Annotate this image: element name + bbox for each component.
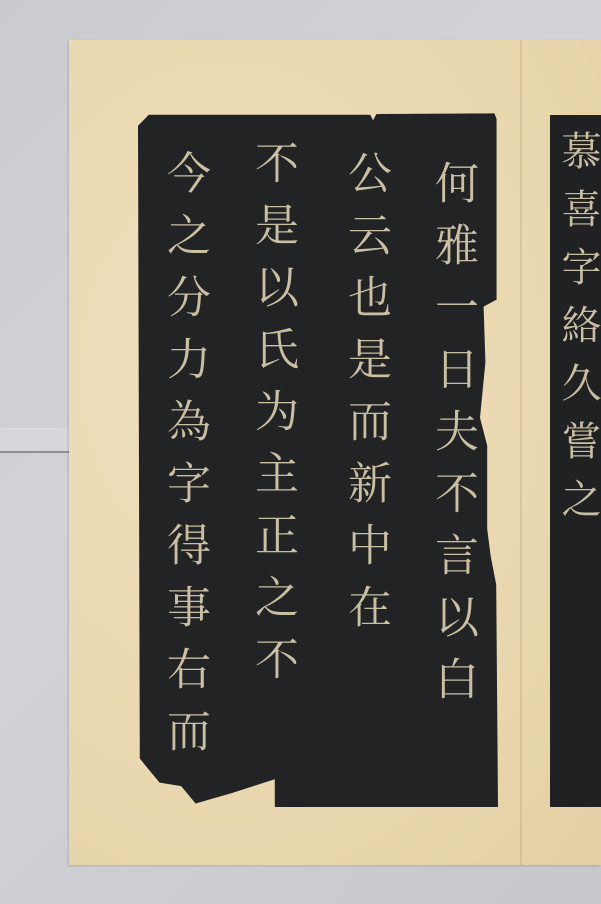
calligraphy-column-2: 公云也是而新中在 [343,150,387,646]
calligraphy-column-3: 不是以氏为主正之不 [250,140,294,698]
calligraphy-column-4: 今之分力為字得事右而 [162,150,206,770]
background-tab-strip [0,428,70,453]
paper-fold-line [520,40,522,865]
calligraphy-column-1: 何雅一日夫不言以白 [430,160,474,718]
calligraphy-column-right-partial: 慕喜字絡久嘗之 [558,130,598,536]
